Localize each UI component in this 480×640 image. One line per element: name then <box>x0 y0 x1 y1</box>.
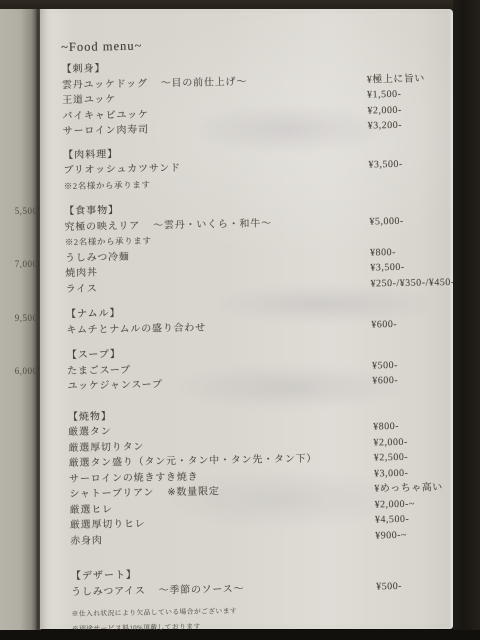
item-price: ¥4,500- <box>375 512 410 528</box>
item-price: ¥500- <box>376 578 402 594</box>
item-name: 厳選タン <box>68 426 111 438</box>
item-name: 究極の映えリア <box>64 220 140 232</box>
item-price: ¥3,500- <box>370 260 405 276</box>
item-price: ¥2,500- <box>374 450 409 466</box>
item-price: ¥600- <box>371 317 397 333</box>
item-price: ¥2,000-~ <box>374 496 415 512</box>
opposite-page-price-fragment: 9,500- <box>0 313 37 323</box>
opposite-page-price-fragment: 7,000- <box>0 259 37 269</box>
item-name: ユッケジャンスープ <box>67 379 162 392</box>
item-price: ¥2,000- <box>373 434 408 450</box>
item-annotation: ～雲丹・いくら・和牛～ <box>153 218 272 231</box>
item-name: ブリオッシュカツサンド <box>63 163 180 176</box>
menu-section: 【スープ】たまごスープ¥500-ユッケジャンスープ¥600- <box>67 341 445 394</box>
menu-section: 【焼物】厳選タン¥800-厳選厚切りタン¥2,000-厳選タン盛り（タン元・タン… <box>68 403 447 549</box>
menu-sections: 【刺身】雲丹ユッケドッグ～目の前仕上げ～¥極上に旨い王道ユッケ¥1,500-バイ… <box>61 55 448 600</box>
item-annotation: ～目の前仕上げ～ <box>161 76 248 89</box>
item-name: バイキャビユッケ <box>62 109 148 122</box>
item-price: ¥1,500- <box>367 87 402 103</box>
item-price: ¥めっちゃ高い <box>374 480 443 497</box>
item-name: 王道ユッケ <box>62 94 116 106</box>
item-name: シャトーブリアン <box>69 487 154 500</box>
binder-edge-right <box>453 0 480 640</box>
item-price: ¥3,500- <box>368 157 403 173</box>
binder-edge-bottom <box>0 630 480 640</box>
item-name: うしみつ冷麺 <box>65 251 130 263</box>
item-name: キムチとナムルの盛り合わせ <box>66 322 206 336</box>
menu-section: 【食事物】究極の映えリア～雲丹・いくら・和牛～¥5,000-※2名様から承ります… <box>64 197 443 297</box>
item-name: サーロイン肉寿司 <box>63 125 149 138</box>
item-name: 厳選厚切りヒレ <box>70 519 146 531</box>
item-price: ¥800- <box>370 245 396 261</box>
item-price: ¥極上に旨い <box>367 71 425 88</box>
menu-section: 【デザート】うしみつアイス～季節のソース～¥500- <box>71 562 449 600</box>
item-name: 厳選厚切りタン <box>68 441 144 453</box>
item-price: ¥900-~ <box>375 527 407 543</box>
opposite-page-price-fragment: 5,500- <box>0 206 37 216</box>
item-name: 厳選ヒレ <box>70 504 113 516</box>
item-price: ¥250-/¥350-/¥450- <box>370 274 454 291</box>
item-price: ¥3,000- <box>374 465 409 481</box>
item-price: ¥3,200- <box>368 118 403 134</box>
item-name: 雲丹ユッケドッグ <box>62 78 148 91</box>
photo-of-menu-page: { "title": "~Food menu~", "left_page_pri… <box>0 0 480 640</box>
item-annotation: ～季節のソース～ <box>158 583 244 596</box>
binder-edge-top <box>0 0 480 9</box>
menu-section: 【肉料理】ブリオッシュカツサンド¥3,500-※2名様から承ります <box>63 141 441 194</box>
item-name: 焼肉丼 <box>65 267 98 279</box>
menu-section: 【ナムル】キムチとナムルの盛り合わせ¥600- <box>66 300 444 338</box>
item-name: サーロインの焼きすき焼き <box>69 471 198 484</box>
item-price: ¥600- <box>372 373 398 389</box>
item-price: ¥500- <box>372 358 398 374</box>
item-name: たまごスープ <box>67 364 131 376</box>
opposite-page-price-fragment: 6,000- <box>0 366 37 376</box>
item-price: ¥5,000- <box>369 213 404 229</box>
menu-content: ~Food menu~ 【刺身】雲丹ユッケドッグ～目の前仕上げ～¥極上に旨い王道… <box>35 2 459 629</box>
menu-page-paper: ~Food menu~ 【刺身】雲丹ユッケドッグ～目の前仕上げ～¥極上に旨い王道… <box>40 9 453 629</box>
item-annotation: ※数量限定 <box>167 486 220 498</box>
opposite-page-edge: 5,500-7,000-9,500-6,000- <box>0 8 37 630</box>
menu-section: 【刺身】雲丹ユッケドッグ～目の前仕上げ～¥極上に旨い王道ユッケ¥1,500-バイ… <box>61 55 439 139</box>
item-price: ¥800- <box>373 419 399 435</box>
page-title: ~Food menu~ <box>61 32 438 56</box>
item-name: 赤身肉 <box>70 535 103 547</box>
item-name: うしみつアイス <box>71 585 146 597</box>
item-price: ¥2,000- <box>367 102 402 118</box>
item-name: ライス <box>66 283 98 295</box>
